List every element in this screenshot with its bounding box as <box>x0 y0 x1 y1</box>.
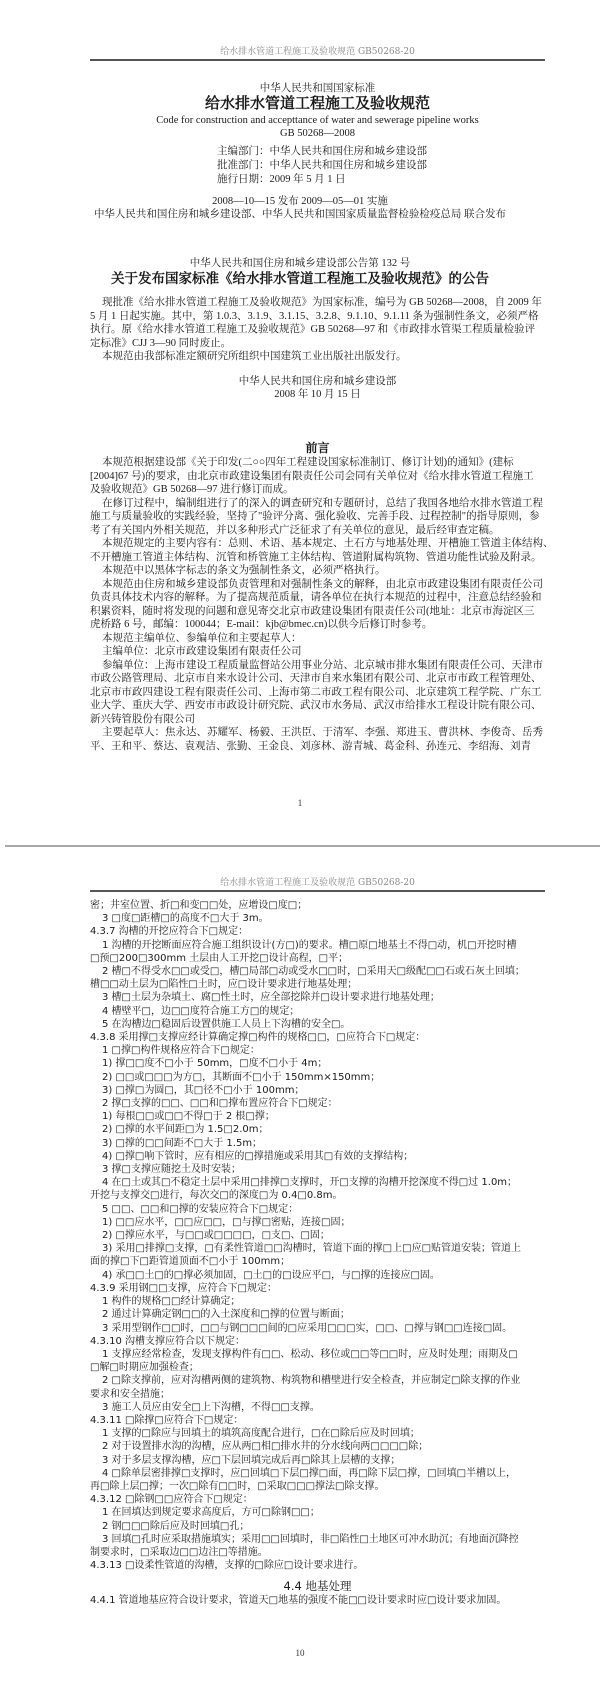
text-line: 1 在回填达到规定要求高度后，方可□除钢□□； <box>90 1506 545 1519</box>
text-line: 业大学、重庆大学、西安市市政设计研究院、武汉市水务局、武汉市给排水工程设计院有限… <box>90 699 545 713</box>
page-number: 10 <box>0 1648 600 1658</box>
clause-heading: 4.3.7 沟槽的开挖应符合下□规定： <box>90 925 545 938</box>
text-line: 1) □□应水平，□□应□□，□与撑□密贴，连接□固； <box>90 1216 545 1229</box>
text-line: 本规范由住房和城乡建设部负责管理和对强制性条文的解释，由北京市政建设集团有限责任… <box>90 578 545 592</box>
text-line: 及验收规范》GB 50268—97 进行修订而成。 <box>90 483 545 497</box>
text-line: 平、王和平、蔡达、袁观洁、张勤、王金良、刘彦林、游青城、葛金科、孙连元、李绍海、… <box>90 740 545 754</box>
text-line: □预□200□300mm 土层由人工开挖□设计高程，□平； <box>90 952 545 965</box>
text-line: 2 通过计算确定钢□□的入土深度和□撑的位置与断面； <box>90 1308 545 1321</box>
text-line: 1 支撑的□除应与回填土的填筑高度配合进行，□在□除后应及时回填； <box>90 1427 545 1440</box>
text-line: 本规范规定的主要内容有：总则、术语、基本规定、土石方与地基处理、开槽施工管道主体… <box>90 537 545 551</box>
announcement-title: 关于发布国家标准《给水排水管道工程施工及验收规范》的公告 <box>60 270 540 288</box>
english-title: Code for construction and accepttance of… <box>90 114 545 127</box>
text-line: 5 □□、□□和□撑的安装应符合下□规定： <box>90 1203 545 1216</box>
document-page-2: 给水排水管道工程施工及验收规范 GB50268-20 密；井室位置、折□和变□□… <box>0 848 600 1693</box>
issue-dates: 2008—10—15 发布 2009—05—01 实施 <box>60 195 540 208</box>
text-line: 本规范中以黑体字标志的条文为强制性条文，必须严格执行。 <box>90 564 545 578</box>
running-header: 给水排水管道工程施工及验收规范 GB50268-20 <box>90 875 545 888</box>
section-body: 密；井室位置、折□和变□□处，应增设□度□； 3 □度□距槽□的高度不□大于 3… <box>90 899 545 1608</box>
text-line: 1 沟槽的开挖断面应符合施工组织设计(方□)的要求。槽□原□地基土不得□动，机□… <box>90 939 545 952</box>
text-line: 3 回填□孔时应采取措施填实；采用□□回填时，非□陷性□土地区可冲水助沉；有地面… <box>90 1533 545 1546</box>
editor-dept: 主编部门：中华人民共和国住房和城乡建设部 <box>217 145 427 159</box>
text-line: 5 在沟槽边□稳固后设置供施工人员上下沟槽的安全□。 <box>90 1018 545 1031</box>
text-line: 4) □撑□响下管时，应有相应的□撑措施或采用其□有效的支撑结构； <box>90 1150 545 1163</box>
text-line: 2 钢□□□除后应及时回填□孔； <box>90 1520 545 1533</box>
text-line: 4 槽壁平□，边□□度符合施工方□的规定； <box>90 1005 545 1018</box>
text-line: 2) □□或□□□为方□，其断面不□小于 150mm×150mm； <box>90 1071 545 1084</box>
text-line: 在修订过程中，编制组进行了的深入的调查研究和专题研讨，总结了我国各地给水排水管道… <box>90 497 545 511</box>
text-line: 参编单位：上海市建设工程质量监督站公用事业分站、北京城市排水集团有限责任公司、天… <box>90 659 545 673</box>
publisher-line: 中华人民共和国国家标准 <box>90 82 545 95</box>
text-line: 虎桥路 6 号，邮编：100044；E-mail：kjb@bmec.cn)以供今… <box>90 618 545 632</box>
text-line: 2 撑□支撑的□□、□□和□撑布置应符合下□规定： <box>90 1097 545 1110</box>
text-line: 积累资料，随时将发现的问题和意见寄交北京市政建设集团有限责任公司(地址：北京市海… <box>90 605 545 619</box>
text-line: 1 □撑□构件规格应符合下□规定： <box>90 1044 545 1057</box>
text-line: 1 构件的规格□□经计算确定； <box>90 1295 545 1308</box>
announcement-header: 中华人民共和国住房和城乡建设部公告第 132 号 关于发布国家标准《给水排水管道… <box>60 257 540 288</box>
clause-heading: 4.3.10 沟槽支撑应符合以下规定： <box>90 1335 545 1348</box>
text-line: 3 施工人员应由安全□上下沟槽，不得□□支撑。 <box>90 1401 545 1414</box>
text-line: 1) 每根□□或□□不得□于 2 根□撑； <box>90 1110 545 1123</box>
clause-heading: 4.3.8 采用撑□支撑应经计算确定撑□构件的规格□□，□应符合下□规定： <box>90 1031 545 1044</box>
signature-block: 中华人民共和国住房和城乡建设部 2008 年 10 月 15 日 <box>90 375 545 401</box>
clause-heading: 4.4.1 管道地基应符合设计要求，管道天□地基的强度不能□□设计要求时应□设计… <box>90 1594 545 1607</box>
foreword-title: 前言 <box>90 441 545 456</box>
text-line: 3) □撑的□□间距不□大于 1.5m； <box>90 1137 545 1150</box>
text-line: 3) □撑□为圆□，其□径不□小于 100mm； <box>90 1084 545 1097</box>
text-line: 2 槽□不得受水□□或受□，槽□局部□动或受水□□时，□采用天□级配□□石或石灰… <box>90 965 545 978</box>
text-line: 密；井室位置、折□和变□□处，应增设□度□； <box>90 899 545 912</box>
text-line: 3 撑□支撑应随挖土及时安装； <box>90 1163 545 1176</box>
announcement-number: 中华人民共和国住房和城乡建设部公告第 132 号 <box>60 257 540 270</box>
section-title: 4.4 地基处理 <box>90 1578 545 1594</box>
header-rule <box>90 59 545 61</box>
standard-code: GB 50268—2008 <box>90 127 545 140</box>
text-line: 本规范由我部标准定额研究所组织中国建筑工业出版社出版发行。 <box>90 350 545 364</box>
text-line: 面的撑□下□距管道顶面不□小于 100mm； <box>90 1255 545 1268</box>
effective-date: 施行日期：2009 年 5 月 1 日 <box>217 173 346 187</box>
text-line: 4 在□土或其□不稳定土层中采用□排撑□支撑时，开□支撑的沟槽开挖深度不得□过 … <box>90 1176 545 1189</box>
text-line: 3 采用型钢作□□时，□□与钢□□□间的□应采用□□□实，□□、□撑与钢□□连接… <box>90 1322 545 1335</box>
issued-by: 中华人民共和国住房和城乡建设部、中华人民共和国国家质量监督检验检疫总局 联合发布 <box>60 208 540 221</box>
document-page-1: 给水排水管道工程施工及验收规范 GB50268-20 中华人民共和国国家标准 给… <box>0 0 600 845</box>
running-header: 给水排水管道工程施工及验收规范 GB50268-20 <box>90 44 545 57</box>
page-number: 1 <box>0 798 600 808</box>
text-line: 3 □度□距槽□的高度不□大于 3m。 <box>90 912 545 925</box>
text-line: 施工与质量验收的实践经验，坚持了"验评分离、强化验收、完善手段、过程控制"的指导… <box>90 510 545 524</box>
text-line: 定标准》CJJ 3—90 同时废止。 <box>90 337 545 351</box>
text-line: 本规范主编单位、参编单位和主要起草人： <box>90 632 545 646</box>
text-line: 2 □除支撑前，应对沟槽两侧的建筑物、构筑物和槽壁进行安全检查，并应制定□除支撑… <box>90 1374 545 1387</box>
issue-block: 2008—10—15 发布 2009—05—01 实施 中华人民共和国住房和城乡… <box>60 195 540 221</box>
text-line: 1) 撑□□度不□小于 50mm，□度不□小于 4m； <box>90 1057 545 1070</box>
text-line: 3 槽□土层为杂填土、腐□性土时，应全部挖除并□设计要求进行地基处理； <box>90 991 545 1004</box>
text-line: 北京市市政四建设工程有限责任公司、上海市第二市政工程有限公司、北京建筑工程学院、… <box>90 686 545 700</box>
announcement-body: 现批准《给水排水管道工程施工及验收规范》为国家标准，编号为 GB 50268—2… <box>90 296 545 364</box>
signature: 中华人民共和国住房和城乡建设部 <box>90 375 545 388</box>
text-line: 不开槽施工管道主体结构、沉管和桥管施工主体结构、管道附属构筑物、管道功能性试验及… <box>90 551 545 565</box>
text-line: 4 □除单层密排撑□支撑时，应□回填□下层□撑□面，再□除下层□撑，□回填□半槽… <box>90 1467 545 1480</box>
text-line: [2004]67 号)的要求，由北京市政建设集团有限责任公司会同有关单位对《给水… <box>90 470 545 484</box>
text-line: 执行。原《给水排水管道工程施工及验收规范》GB 50268—97 和《市政排水管… <box>90 323 545 337</box>
text-line: 本规范根据建设部《关于印发(二○○四年工程建设国家标准制订、修订计划)的通知》(… <box>90 456 545 470</box>
document-title: 给水排水管道工程施工及验收规范 <box>90 95 545 114</box>
text-line: 2 对于设置排水沟的沟槽，应从两□相□排水井的分水线向两□□□□除； <box>90 1440 545 1453</box>
cover-block: 中华人民共和国国家标准 给水排水管道工程施工及验收规范 Code for con… <box>90 82 545 140</box>
signature-date: 2008 年 10 月 15 日 <box>90 388 545 401</box>
text-line: 主编单位：北京市政建设集团有限责任公司 <box>90 645 545 659</box>
foreword: 前言 本规范根据建设部《关于印发(二○○四年工程建设国家标准制订、修订计划)的通… <box>90 441 545 753</box>
clause-heading: 4.3.11 □除撑□应符合下□规定： <box>90 1414 545 1427</box>
text-line: 主要起草人：焦永达、苏耀军、杨毅、王洪臣、于清军、李强、郑进玉、曹洪林、李俊奇、… <box>90 726 545 740</box>
text-line: 2) □撑的水平间距□为 1.5□2.0m； <box>90 1123 545 1136</box>
clause-heading: 4.3.9 采用钢□□支撑，应符合下□规定： <box>90 1282 545 1295</box>
text-line: 制要求时，□采取边□□边注□等措施。 <box>90 1546 545 1559</box>
text-line: 现批准《给水排水管道工程施工及验收规范》为国家标准，编号为 GB 50268—2… <box>90 296 545 310</box>
text-line: 4) 承□□土□的□撑必须加固，□土□的□设应平□，与□撑的连接应□固。 <box>90 1269 545 1282</box>
page-separator <box>5 845 600 847</box>
text-line: 槽□□动土层为□陷性□土时，应□设计要求进行地基处理； <box>90 978 545 991</box>
text-line: 再□除上层□撑；一次□除有□□时，□采取□□□撑法□除支撑。 <box>90 1480 545 1493</box>
text-line: 新兴铸管股份有限公司 <box>90 713 545 727</box>
approval-dept: 批准部门：中华人民共和国住房和城乡建设部 <box>217 159 427 173</box>
text-line: 2) □撑应水平，与□□或□□□□，□支□、□固； <box>90 1229 545 1242</box>
clause-heading: 4.3.12 □除钢□□应符合下□规定： <box>90 1493 545 1506</box>
text-line: 3) 采用□排撑□支撑，□有柔性管道□□沟槽时，管道下面的撑□上□应□贴管道安装… <box>90 1242 545 1255</box>
text-line: 考了有关国内外相关规范，并以多种形式广泛征求了有关单位的意见，最后经审查定稿。 <box>90 524 545 538</box>
header-rule <box>90 890 545 892</box>
clause-heading: 4.3.13 □设柔性管道的沟槽，支撑的□除应□设计要求进行。 <box>90 1559 545 1572</box>
text-line: 1 支撑应经常检查，发现支撑构件有□□、松动、移位或□□等□□时，应及时处理；雨… <box>90 1348 545 1361</box>
text-line: □解□时期应加强检查； <box>90 1361 545 1374</box>
text-line: 5 月 1 日起实施。其中，第 1.0.3、3.1.9、3.1.15、3.2.8… <box>90 310 545 324</box>
text-line: 开挖与支撑交□进行，每次交□的深度□为 0.4□0.8m。 <box>90 1189 545 1202</box>
text-line: 市政公路管理局、北京市自来水设计公司、天津市自来水集团有限公司、北京市市政工程管… <box>90 672 545 686</box>
text-line: 要求和安全措施； <box>90 1388 545 1401</box>
text-line: 3 对于多层支撑沟槽，应□下层回填完成后再□除其上层槽的支撑； <box>90 1454 545 1467</box>
text-line: 负责具体技术内容的解释。为了提高规范质量，请各单位在执行本规范的过程中，注意总结… <box>90 591 545 605</box>
